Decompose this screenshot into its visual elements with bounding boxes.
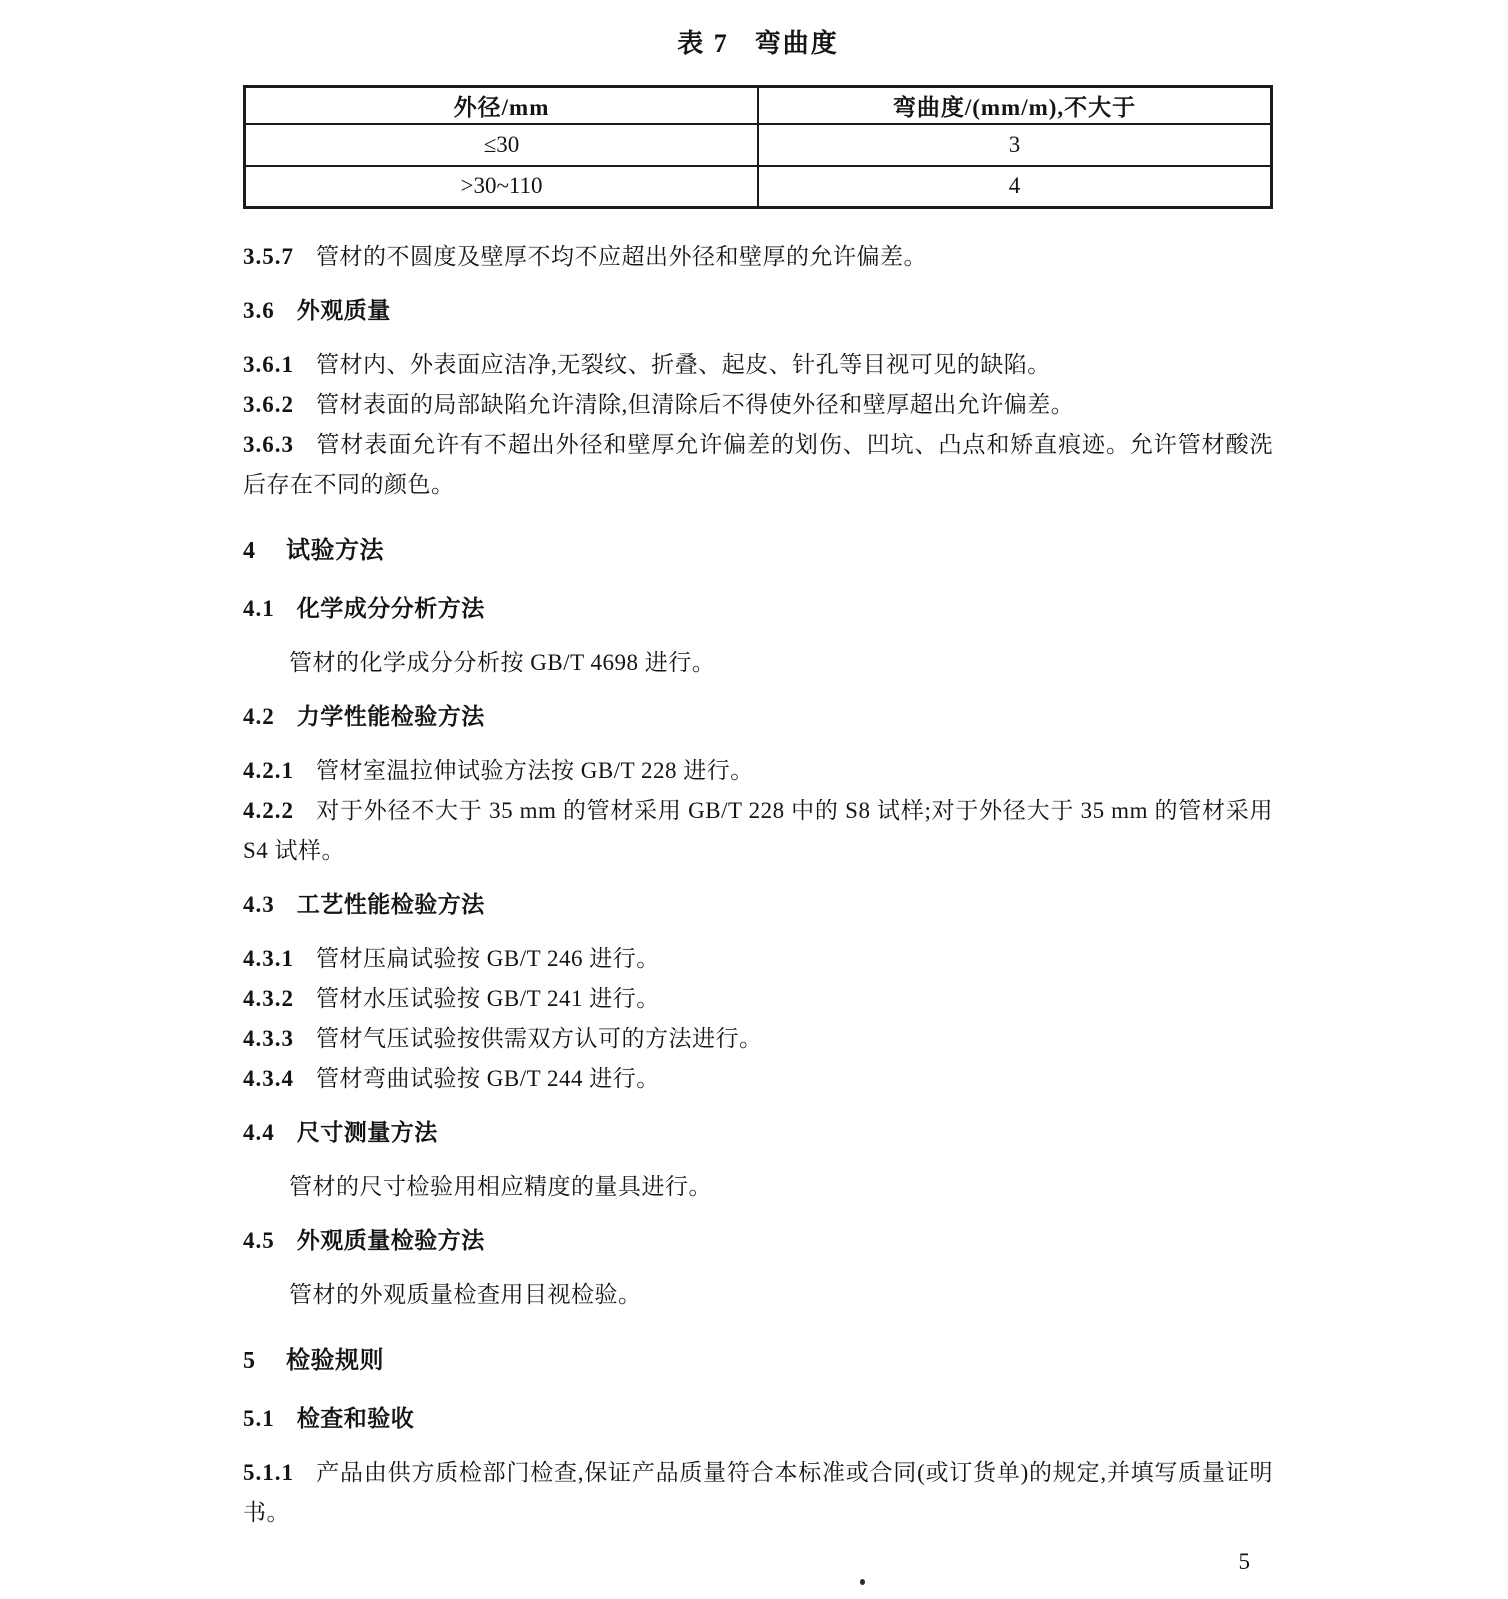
clause-4-3-3: 4.3.3管材气压试验按供需双方认可的方法进行。 — [243, 1019, 1273, 1059]
table-row: >30~110 4 — [245, 166, 1272, 208]
section-heading-3-6: 3.6外观质量 — [243, 291, 1273, 331]
heading-text: 检查和验收 — [297, 1406, 415, 1431]
section-heading-4-4: 4.4尺寸测量方法 — [243, 1113, 1273, 1153]
clause-3-6-2: 3.6.2管材表面的局部缺陷允许清除,但清除后不得使外径和壁厚超出允许偏差。 — [243, 385, 1273, 425]
table7-label: 表 7 — [677, 29, 729, 58]
chapter-number: 5 — [243, 1348, 256, 1374]
section-heading-4-1: 4.1化学成分分析方法 — [243, 589, 1273, 629]
heading-text: 工艺性能检验方法 — [297, 892, 485, 917]
heading-text: 化学成分分析方法 — [297, 596, 485, 621]
heading-text: 检验规则 — [286, 1348, 384, 1374]
section-heading-5-1: 5.1检查和验收 — [243, 1399, 1273, 1439]
heading-text: 外观质量 — [297, 298, 391, 323]
clause-number: 4.5 — [243, 1228, 275, 1253]
table7-name: 弯曲度 — [755, 29, 839, 58]
table7-cell-curvature-1: 3 — [758, 124, 1272, 166]
clause-text: 产品由供方质检部门检查,保证产品质量符合本标准或合同(或订货单)的规定,并填写质… — [243, 1460, 1273, 1525]
clause-text: 管材表面允许有不超出外径和壁厚允许偏差的划伤、凹坑、凸点和矫直痕迹。允许管材酸洗… — [243, 432, 1273, 497]
section-heading-4-2: 4.2力学性能检验方法 — [243, 697, 1273, 737]
chapter-heading-4: 4试验方法 — [243, 531, 1273, 571]
clause-number: 3.6.3 — [243, 432, 294, 457]
clause-4-3-4: 4.3.4管材弯曲试验按 GB/T 244 进行。 — [243, 1059, 1273, 1099]
clause-number: 4.3.3 — [243, 1026, 294, 1051]
clause-number: 4.3 — [243, 892, 275, 917]
clause-5-1-1: 5.1.1产品由供方质检部门检查,保证产品质量符合本标准或合同(或订货单)的规定… — [243, 1453, 1273, 1533]
clause-4-2-1: 4.2.1管材室温拉伸试验方法按 GB/T 228 进行。 — [243, 751, 1273, 791]
page-number: 5 — [1239, 1549, 1251, 1575]
clause-number: 5.1.1 — [243, 1460, 294, 1485]
clause-text: 管材弯曲试验按 GB/T 244 进行。 — [316, 1066, 660, 1091]
body-paragraph-4-4: 管材的尺寸检验用相应精度的量具进行。 — [243, 1167, 1273, 1207]
clause-text: 对于外径不大于 35 mm 的管材采用 GB/T 228 中的 S8 试样;对于… — [243, 798, 1273, 863]
table7-col-header-outer-diameter: 外径/mm — [245, 87, 759, 124]
table7-header-row: 外径/mm 弯曲度/(mm/m),不大于 — [245, 87, 1272, 124]
chapter-number: 4 — [243, 538, 256, 564]
clause-4-3-1: 4.3.1管材压扁试验按 GB/T 246 进行。 — [243, 939, 1273, 979]
clause-number: 4.4 — [243, 1120, 275, 1145]
clause-number: 4.3.4 — [243, 1066, 294, 1091]
section-heading-4-5: 4.5外观质量检验方法 — [243, 1221, 1273, 1261]
clause-number: 4.3.2 — [243, 986, 294, 1011]
heading-text: 力学性能检验方法 — [297, 704, 485, 729]
scan-artifact-dot-icon — [860, 1579, 865, 1585]
clause-3-6-3: 3.6.3管材表面允许有不超出外径和壁厚允许偏差的划伤、凹坑、凸点和矫直痕迹。允… — [243, 425, 1273, 505]
heading-text: 尺寸测量方法 — [297, 1120, 438, 1145]
clause-number: 4.2.1 — [243, 758, 294, 783]
heading-text: 试验方法 — [286, 538, 384, 564]
clause-4-3-2: 4.3.2管材水压试验按 GB/T 241 进行。 — [243, 979, 1273, 1019]
clause-3-5-7: 3.5.7管材的不圆度及壁厚不均不应超出外径和壁厚的允许偏差。 — [243, 237, 1273, 277]
clause-number: 3.6 — [243, 298, 275, 323]
clause-number: 5.1 — [243, 1406, 275, 1431]
clause-text: 管材气压试验按供需双方认可的方法进行。 — [316, 1026, 763, 1051]
clause-text: 管材表面的局部缺陷允许清除,但清除后不得使外径和壁厚超出允许偏差。 — [316, 392, 1074, 417]
clause-text: 管材的不圆度及壁厚不均不应超出外径和壁厚的允许偏差。 — [316, 244, 927, 269]
clause-text: 管材压扁试验按 GB/T 246 进行。 — [316, 946, 660, 971]
chapter-heading-5: 5检验规则 — [243, 1341, 1273, 1381]
table-row: ≤30 3 — [245, 124, 1272, 166]
table7-cell-diameter-2: >30~110 — [245, 166, 759, 208]
clause-3-6-1: 3.6.1管材内、外表面应洁净,无裂纹、折叠、起皮、针孔等目视可见的缺陷。 — [243, 345, 1273, 385]
clause-number: 3.5.7 — [243, 244, 294, 269]
page-content: 表 7弯曲度 外径/mm 弯曲度/(mm/m),不大于 ≤30 3 >30~11… — [243, 0, 1273, 1533]
body-paragraph-4-5: 管材的外观质量检查用目视检验。 — [243, 1275, 1273, 1315]
table7: 外径/mm 弯曲度/(mm/m),不大于 ≤30 3 >30~110 4 — [243, 85, 1273, 209]
clause-number: 3.6.2 — [243, 392, 294, 417]
heading-text: 外观质量检验方法 — [297, 1228, 485, 1253]
body-paragraph-4-1: 管材的化学成分分析按 GB/T 4698 进行。 — [243, 643, 1273, 683]
clause-number: 4.1 — [243, 596, 275, 621]
clause-number: 4.2.2 — [243, 798, 294, 823]
table7-title: 表 7弯曲度 — [243, 27, 1273, 61]
table7-cell-curvature-2: 4 — [758, 166, 1272, 208]
clause-text: 管材水压试验按 GB/T 241 进行。 — [316, 986, 660, 1011]
table7-col-header-curvature: 弯曲度/(mm/m),不大于 — [758, 87, 1272, 124]
clause-text: 管材内、外表面应洁净,无裂纹、折叠、起皮、针孔等目视可见的缺陷。 — [316, 352, 1051, 377]
clause-text: 管材室温拉伸试验方法按 GB/T 228 进行。 — [316, 758, 754, 783]
table7-cell-diameter-1: ≤30 — [245, 124, 759, 166]
document-page: 表 7弯曲度 外径/mm 弯曲度/(mm/m),不大于 ≤30 3 >30~11… — [0, 0, 1508, 1599]
clause-number: 3.6.1 — [243, 352, 294, 377]
clause-number: 4.3.1 — [243, 946, 294, 971]
clause-4-2-2: 4.2.2对于外径不大于 35 mm 的管材采用 GB/T 228 中的 S8 … — [243, 791, 1273, 871]
clause-number: 4.2 — [243, 704, 275, 729]
section-heading-4-3: 4.3工艺性能检验方法 — [243, 885, 1273, 925]
